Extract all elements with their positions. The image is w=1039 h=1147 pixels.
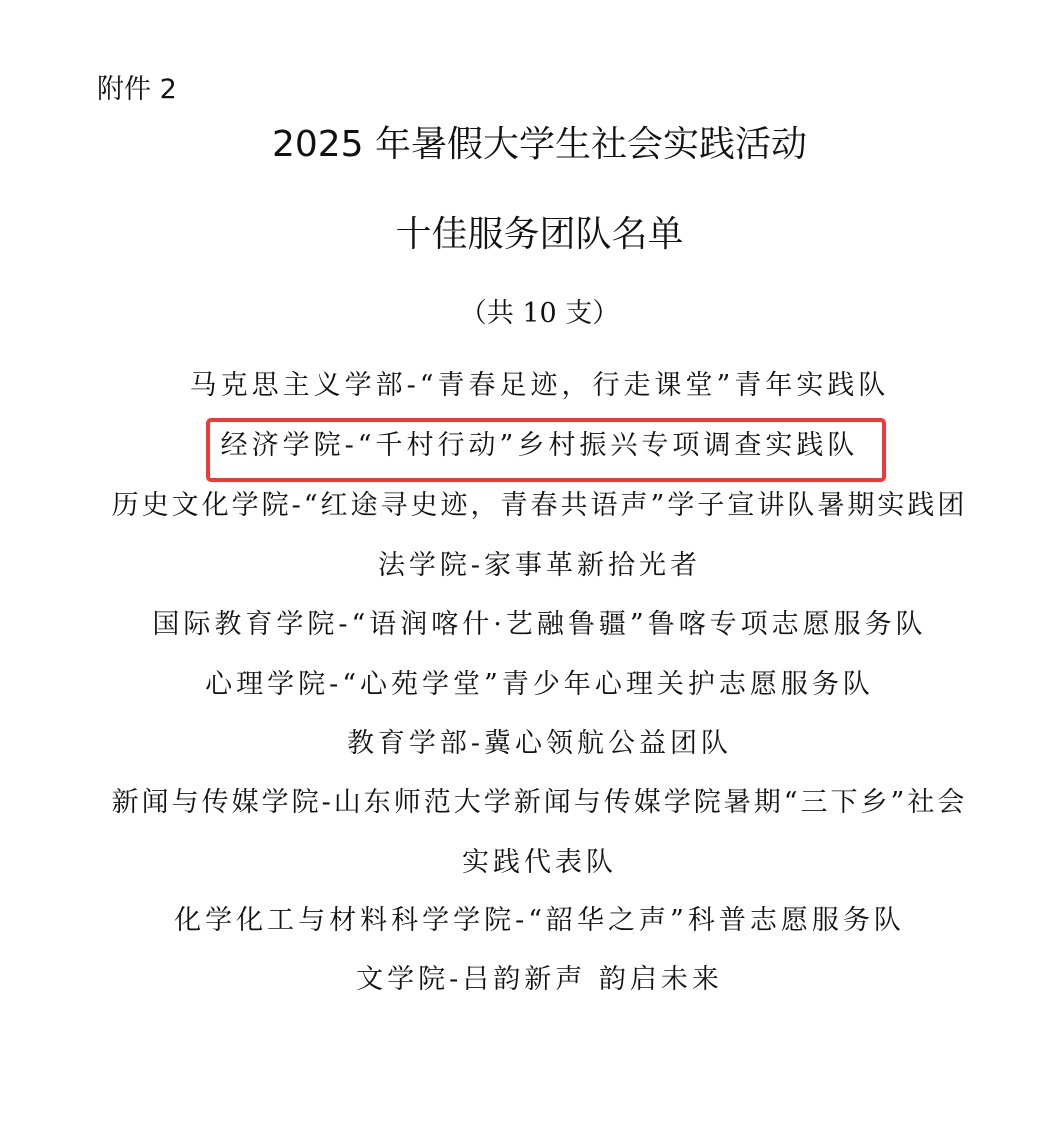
team-item: 新闻与传媒学院-山东师范大学新闻与传媒学院暑期“三下乡”社会: [0, 785, 1039, 821]
team-item: 国际教育学院-“语润喀什·艺融鲁疆”鲁喀专项志愿服务队: [0, 607, 1039, 643]
team-item: 马克思主义学部-“青春足迹，行走课堂”青年实践队: [0, 368, 1039, 404]
team-item: 文学院-吕韵新声 韵启未来: [0, 962, 1039, 998]
team-item-highlighted: 经济学院-“千村行动”乡村振兴专项调查实践队: [0, 428, 1039, 464]
team-item: 教育学部-冀心领航公益团队: [0, 726, 1039, 762]
team-item: 化学化工与材料科学学院-“韶华之声”科普志愿服务队: [0, 903, 1039, 939]
team-item: 历史文化学院-“红途寻史迹，青春共语声”学子宣讲队暑期实践团: [0, 488, 1039, 524]
document-title-line-1: 2025 年暑假大学生社会实践活动: [0, 121, 1039, 169]
team-item-continuation: 实践代表队: [0, 845, 1039, 881]
team-count: （共 10 支）: [0, 296, 1039, 332]
document-title-line-2: 十佳服务团队名单: [0, 211, 1039, 259]
attachment-label: 附件 2: [97, 72, 177, 108]
team-item: 法学院-家事革新拾光者: [0, 548, 1039, 584]
team-item: 心理学院-“心苑学堂”青少年心理关护志愿服务队: [0, 667, 1039, 703]
